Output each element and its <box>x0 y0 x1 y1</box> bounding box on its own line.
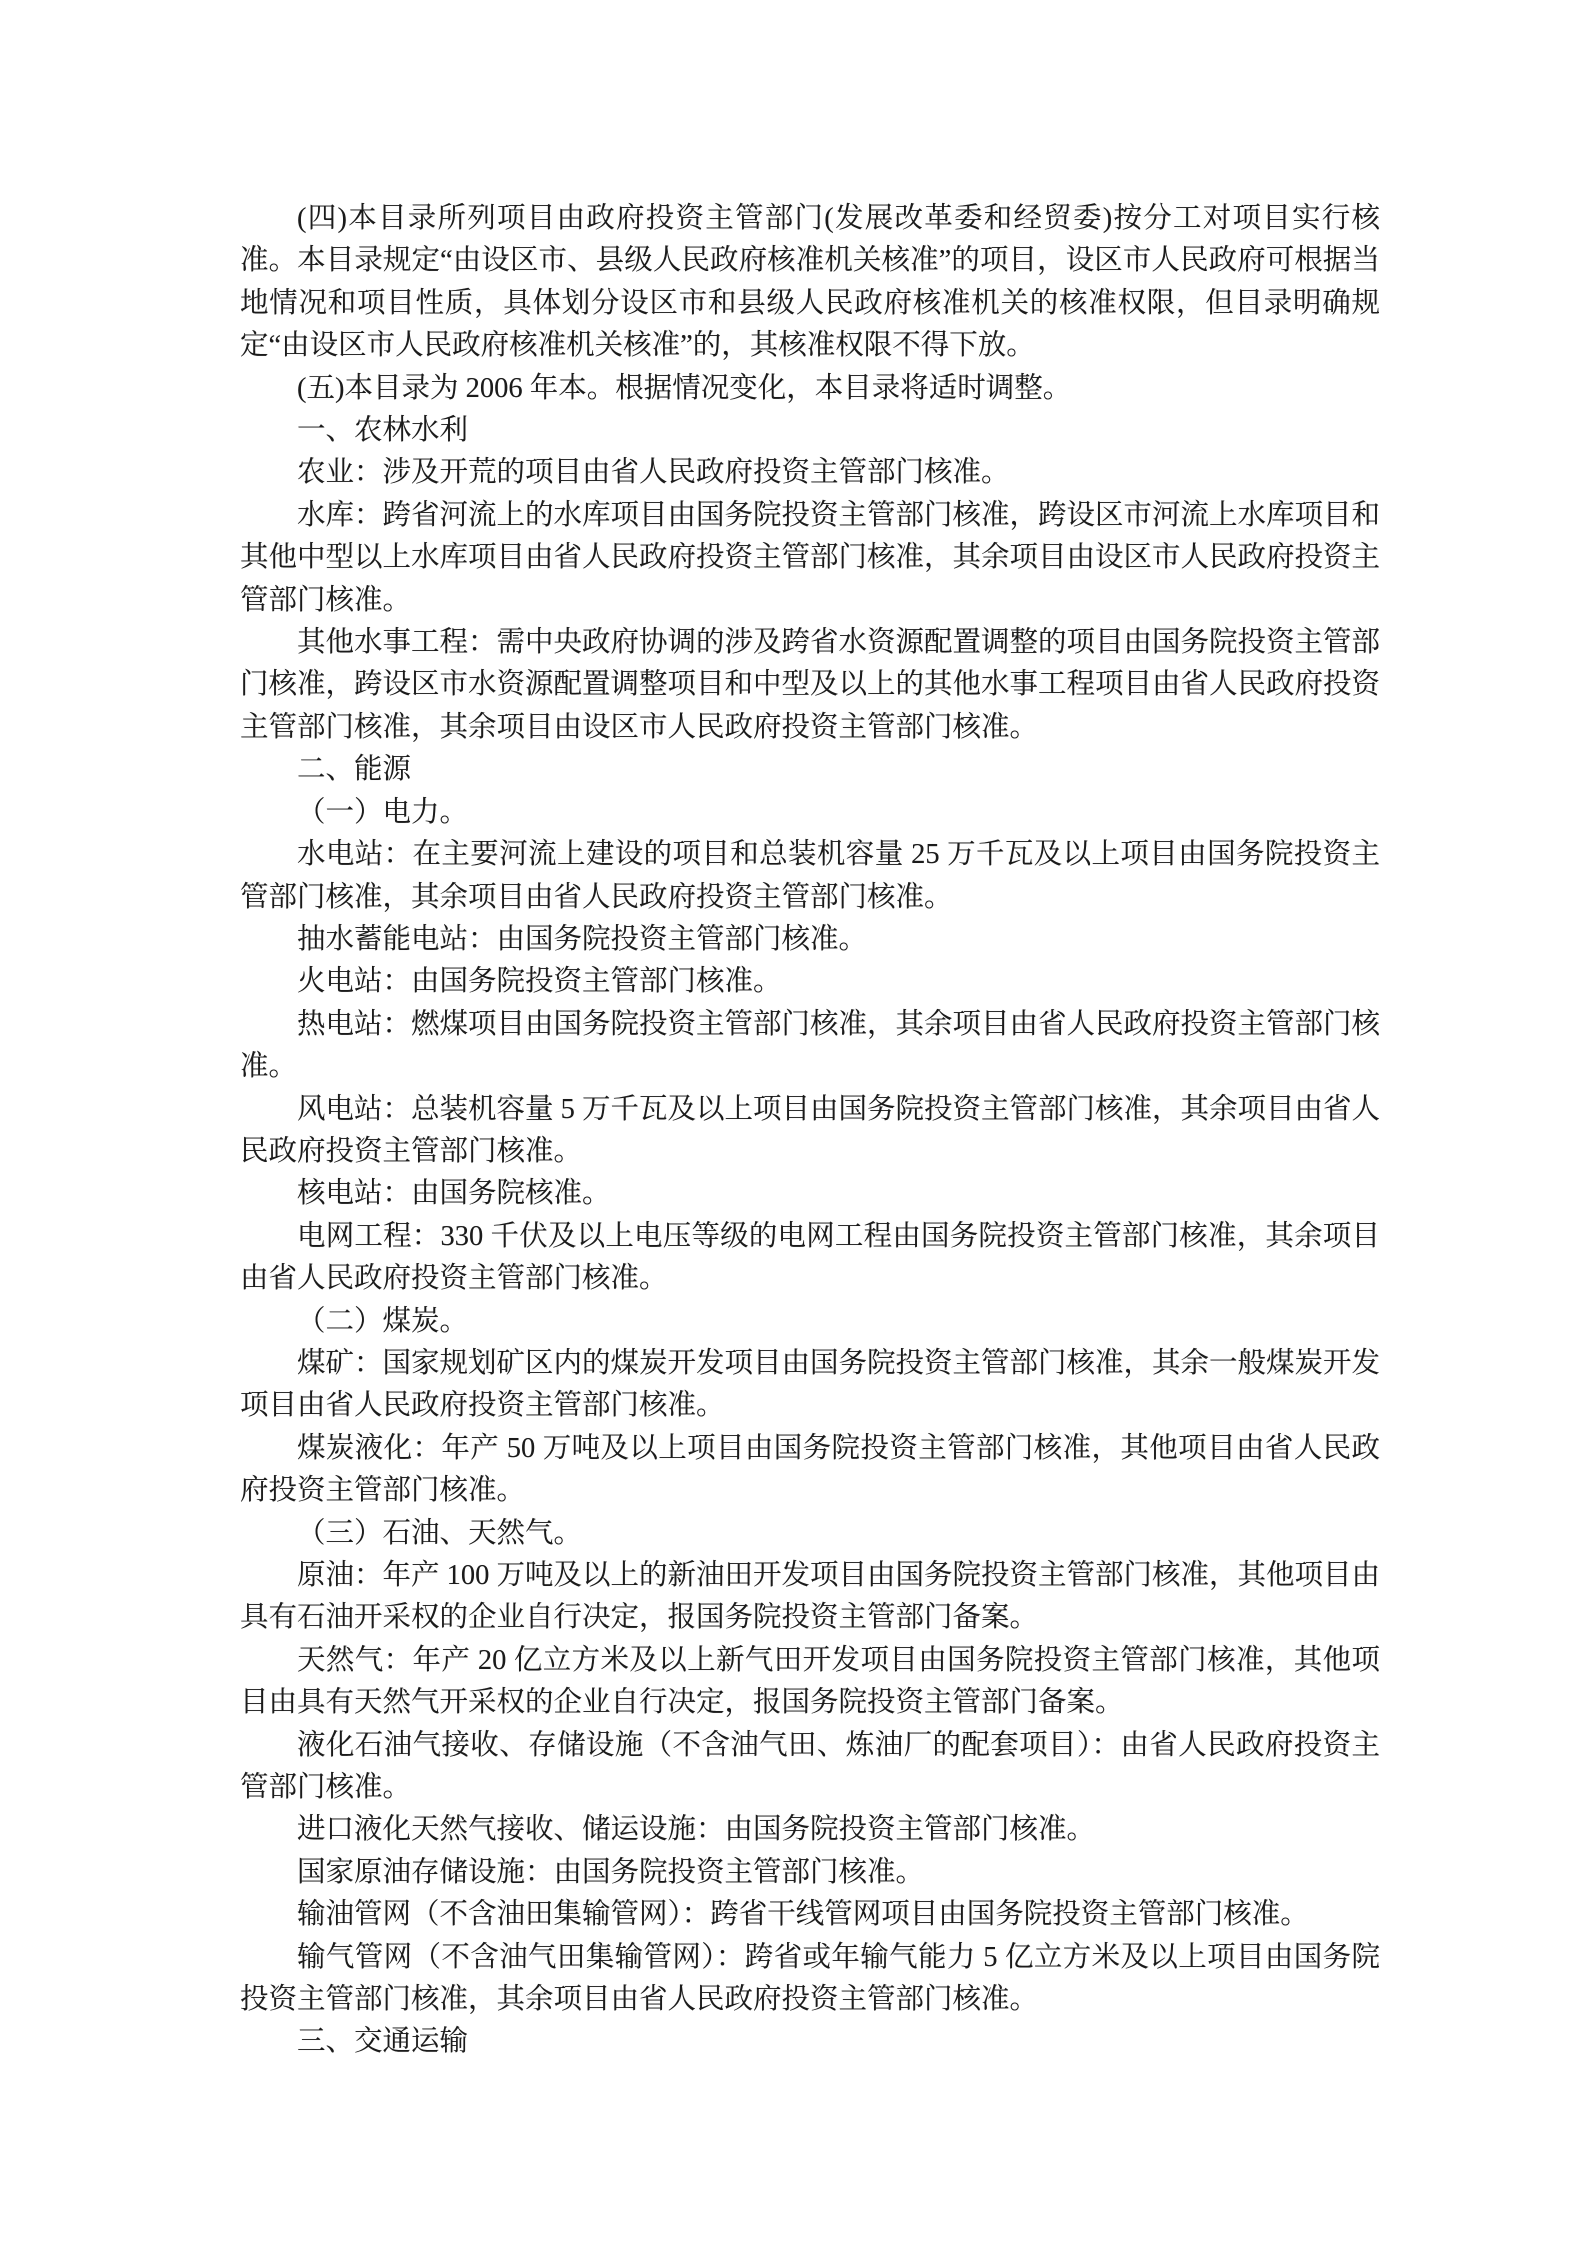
paragraph: （一）电力。 <box>240 792 1380 834</box>
paragraph: 煤矿：国家规划矿区内的煤炭开发项目由国务院投资主管部门核准，其余一般煤炭开发项目… <box>240 1343 1380 1428</box>
document-page: (四)本目录所列项目由政府投资主管部门(发展改革委和经贸委)按分工对项目实行核准… <box>0 0 1594 2252</box>
paragraph: 水电站：在主要河流上建设的项目和总装机容量 25 万千瓦及以上项目由国务院投资主… <box>240 834 1380 919</box>
paragraph: (四)本目录所列项目由政府投资主管部门(发展改革委和经贸委)按分工对项目实行核准… <box>240 198 1380 368</box>
paragraph: 三、交通运输 <box>240 2021 1380 2063</box>
paragraph: 输油管网（不含油田集输管网）：跨省干线管网项目由国务院投资主管部门核准。 <box>240 1894 1380 1936</box>
paragraph: 火电站：由国务院投资主管部门核准。 <box>240 961 1380 1003</box>
paragraph: 其他水事工程：需中央政府协调的涉及跨省水资源配置调整的项目由国务院投资主管部门核… <box>240 622 1380 749</box>
paragraph: 水库：跨省河流上的水库项目由国务院投资主管部门核准，跨设区市河流上水库项目和其他… <box>240 495 1380 622</box>
paragraph: 煤炭液化：年产 50 万吨及以上项目由国务院投资主管部门核准，其他项目由省人民政… <box>240 1428 1380 1513</box>
paragraph: 核电站：由国务院核准。 <box>240 1173 1380 1215</box>
paragraph: 热电站：燃煤项目由国务院投资主管部门核准，其余项目由省人民政府投资主管部门核准。 <box>240 1004 1380 1089</box>
paragraph: 抽水蓄能电站：由国务院投资主管部门核准。 <box>240 919 1380 961</box>
paragraph: 液化石油气接收、存储设施（不含油气田、炼油厂的配套项目）：由省人民政府投资主管部… <box>240 1725 1380 1810</box>
paragraph: 国家原油存储设施：由国务院投资主管部门核准。 <box>240 1852 1380 1894</box>
paragraph: 天然气：年产 20 亿立方米及以上新气田开发项目由国务院投资主管部门核准，其他项… <box>240 1640 1380 1725</box>
paragraph: 一、农林水利 <box>240 410 1380 452</box>
paragraph: 二、能源 <box>240 749 1380 791</box>
paragraph: (五)本目录为 2006 年本。根据情况变化，本目录将适时调整。 <box>240 368 1380 410</box>
paragraph: （二）煤炭。 <box>240 1301 1380 1343</box>
paragraph: 电网工程：330 千伏及以上电压等级的电网工程由国务院投资主管部门核准，其余项目… <box>240 1216 1380 1301</box>
paragraph: 进口液化天然气接收、储运设施：由国务院投资主管部门核准。 <box>240 1809 1380 1851</box>
paragraph: 输气管网（不含油气田集输管网）：跨省或年输气能力 5 亿立方米及以上项目由国务院… <box>240 1937 1380 2022</box>
document-body-text: (四)本目录所列项目由政府投资主管部门(发展改革委和经贸委)按分工对项目实行核准… <box>240 198 1380 2064</box>
paragraph: 原油：年产 100 万吨及以上的新油田开发项目由国务院投资主管部门核准，其他项目… <box>240 1555 1380 1640</box>
paragraph: 农业：涉及开荒的项目由省人民政府投资主管部门核准。 <box>240 452 1380 494</box>
paragraph: 风电站：总装机容量 5 万千瓦及以上项目由国务院投资主管部门核准，其余项目由省人… <box>240 1089 1380 1174</box>
paragraph: （三）石油、天然气。 <box>240 1513 1380 1555</box>
